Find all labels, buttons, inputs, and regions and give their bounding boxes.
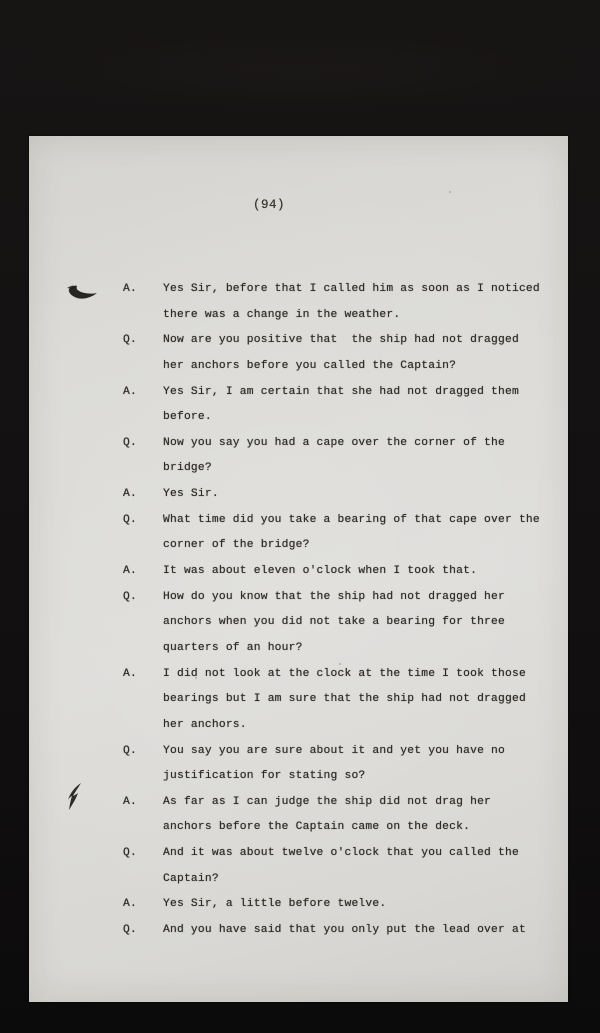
speaker-label: Q. — [123, 508, 163, 534]
ink-slash-mark-icon — [61, 781, 89, 813]
speaker-label: Q. — [123, 328, 163, 354]
speaker-label: Q. — [123, 841, 163, 867]
transcript-line: her anchors. — [29, 713, 568, 739]
speaker-label: Q. — [123, 431, 163, 457]
line-text: What time did you take a bearing of that… — [163, 514, 540, 526]
transcript-line: her anchors before you called the Captai… — [29, 354, 568, 380]
transcript-line: A.As far as I can judge the ship did not… — [29, 790, 568, 816]
line-text: Yes Sir. — [163, 488, 219, 500]
transcript-line: anchors before the Captain came on the d… — [29, 815, 568, 841]
line-text: bridge? — [163, 462, 212, 474]
line-text: quarters of an hour? — [163, 642, 303, 654]
line-text: I did not look at the clock at the time … — [163, 668, 526, 680]
page-number: (94) — [253, 198, 285, 212]
paper-speck — [195, 677, 197, 679]
line-text: Yes Sir, before that I called him as soo… — [163, 283, 540, 295]
speaker-label: A. — [123, 380, 163, 406]
document-page: (94) A.Yes Sir, before that I called him… — [29, 136, 568, 1002]
line-text: You say you are sure about it and yet yo… — [163, 745, 505, 757]
line-text: As far as I can judge the ship did not d… — [163, 796, 491, 808]
transcript-line: A.Yes Sir, I am certain that she had not… — [29, 380, 568, 406]
transcript-line: Captain? — [29, 867, 568, 893]
speaker-label: A. — [123, 892, 163, 918]
line-text: Yes Sir, I am certain that she had not d… — [163, 386, 519, 398]
transcript-line: A.I did not look at the clock at the tim… — [29, 662, 568, 688]
line-text: Yes Sir, a little before twelve. — [163, 898, 386, 910]
speaker-label: A. — [123, 559, 163, 585]
line-text: Now are you positive that the ship had n… — [163, 334, 519, 346]
transcript-line: Q.What time did you take a bearing of th… — [29, 508, 568, 534]
speaker-label: Q. — [123, 918, 163, 944]
transcript-line: Q.How do you know that the ship had not … — [29, 585, 568, 611]
transcript-line: there was a change in the weather. — [29, 303, 568, 329]
speaker-label: A. — [123, 277, 163, 303]
line-text: How do you know that the ship had not dr… — [163, 591, 505, 603]
line-text: bearings but I am sure that the ship had… — [163, 693, 526, 705]
speaker-label: Q. — [123, 585, 163, 611]
line-text: there was a change in the weather. — [163, 309, 400, 321]
line-text: And it was about twelve o'clock that you… — [163, 847, 519, 859]
transcript-line: justification for stating so? — [29, 764, 568, 790]
transcript-line: A.Yes Sir, before that I called him as s… — [29, 277, 568, 303]
line-text: anchors when you did not take a bearing … — [163, 616, 505, 628]
line-text: her anchors before you called the Captai… — [163, 360, 456, 372]
line-text: before. — [163, 411, 212, 423]
speaker-label: A. — [123, 482, 163, 508]
line-text: Captain? — [163, 873, 219, 885]
transcript-line: Q.You say you are sure about it and yet … — [29, 739, 568, 765]
speaker-label: A. — [123, 662, 163, 688]
paper-speck — [449, 191, 451, 193]
transcript-line: bearings but I am sure that the ship had… — [29, 687, 568, 713]
line-text: corner of the bridge? — [163, 539, 310, 551]
transcript-line: anchors when you did not take a bearing … — [29, 610, 568, 636]
transcript: A.Yes Sir, before that I called him as s… — [29, 277, 568, 944]
transcript-line: corner of the bridge? — [29, 533, 568, 559]
line-text: And you have said that you only put the … — [163, 924, 526, 936]
line-text: Now you say you had a cape over the corn… — [163, 437, 505, 449]
transcript-line: Q.Now you say you had a cape over the co… — [29, 431, 568, 457]
transcript-line: Q.Now are you positive that the ship had… — [29, 328, 568, 354]
speaker-label: A. — [123, 790, 163, 816]
paper-speck — [339, 663, 341, 665]
transcript-line: Q.And it was about twelve o'clock that y… — [29, 841, 568, 867]
line-text: anchors before the Captain came on the d… — [163, 821, 470, 833]
line-text: It was about eleven o'clock when I took … — [163, 565, 477, 577]
ink-blot-mark-icon — [59, 280, 105, 306]
transcript-line: A.It was about eleven o'clock when I too… — [29, 559, 568, 585]
speaker-label: Q. — [123, 739, 163, 765]
transcript-line: before. — [29, 405, 568, 431]
transcript-line: A.Yes Sir. — [29, 482, 568, 508]
transcript-line: bridge? — [29, 456, 568, 482]
transcript-line: A.Yes Sir, a little before twelve. — [29, 892, 568, 918]
transcript-line: Q.And you have said that you only put th… — [29, 918, 568, 944]
transcript-line: quarters of an hour? — [29, 636, 568, 662]
line-text: her anchors. — [163, 719, 247, 731]
line-text: justification for stating so? — [163, 770, 365, 782]
